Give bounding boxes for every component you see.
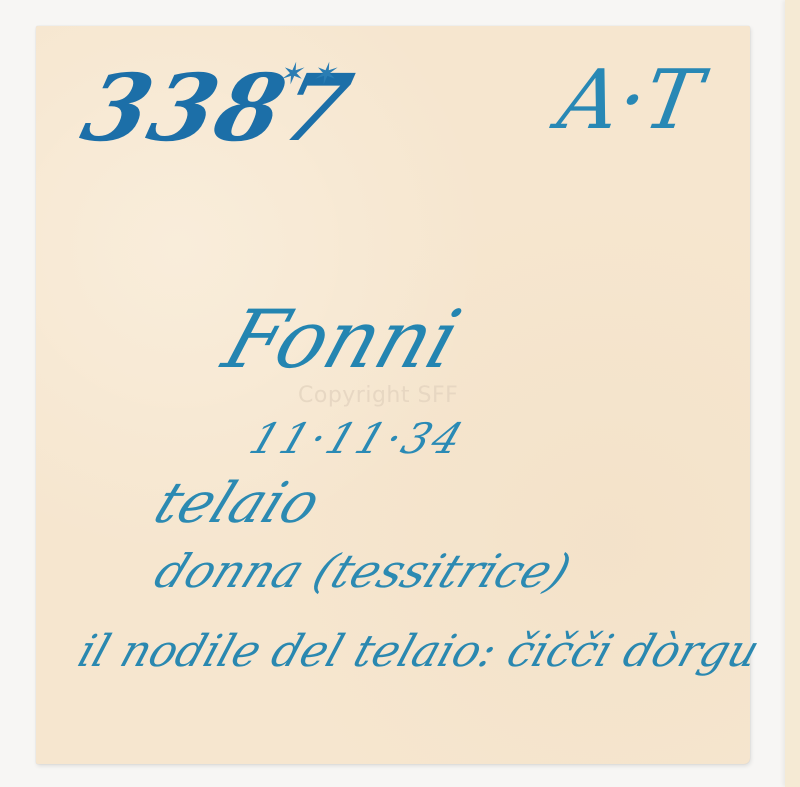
copyright-watermark: Copyright SFF (298, 383, 458, 408)
place-name: Fonni (215, 300, 469, 380)
backing-card-edge (785, 0, 800, 787)
subject-role: donna (tessitrice) (149, 548, 578, 594)
subject: telaio (147, 476, 328, 532)
annotation-note: il nodile del telaio: čičči dòrgu (73, 630, 765, 674)
catalog-star-marks: ✶✶ (278, 60, 344, 90)
date: 11·11·34 (244, 418, 470, 460)
author-initials: A·T (553, 60, 707, 142)
